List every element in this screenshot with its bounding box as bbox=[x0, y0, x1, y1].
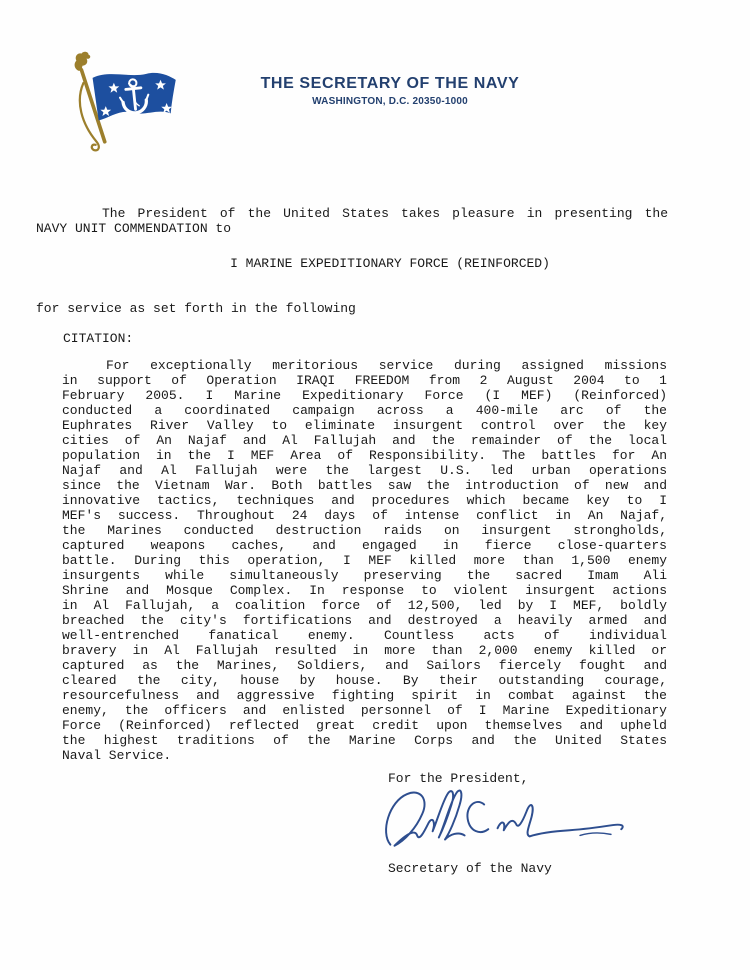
text-line: resourcefulness and aggressive fighting … bbox=[62, 688, 667, 703]
text-line: NAVY UNIT COMMENDATION to bbox=[36, 221, 668, 236]
text-line: Euphrates River Valley to eliminate insu… bbox=[62, 418, 667, 433]
text-line: cleared the city, house by house. By the… bbox=[62, 673, 667, 688]
text-line: For exceptionally meritorious service du… bbox=[62, 358, 667, 373]
text-line: in support of Operation IRAQI FREEDOM fr… bbox=[62, 373, 667, 388]
letterhead: THE SECRETARY OF THE NAVY WASHINGTON, D.… bbox=[210, 74, 570, 107]
text-line: cities of An Najaf and Al Fallujah and t… bbox=[62, 433, 667, 448]
text-line: Naval Service. bbox=[62, 748, 667, 763]
text-line: captured weapons caches, and engaged in … bbox=[62, 538, 667, 553]
letterhead-address: WASHINGTON, D.C. 20350-1000 bbox=[210, 96, 570, 107]
text-line: innovative tactics, techniques and proce… bbox=[62, 493, 667, 508]
text-line: MEF's success. Throughout 24 days of int… bbox=[62, 508, 667, 523]
secretary-of-the-navy-flag-icon bbox=[52, 46, 194, 194]
text-line: breached the city's fortifications and d… bbox=[62, 613, 667, 628]
citation-label: CITATION: bbox=[63, 331, 133, 346]
text-line: population in the I MEF Area of Responsi… bbox=[62, 448, 667, 463]
text-line: since the Vietnam War. Both battles saw … bbox=[62, 478, 667, 493]
signer-title: Secretary of the Navy bbox=[388, 861, 552, 876]
text-line: insurgents while simultaneously preservi… bbox=[62, 568, 667, 583]
citation-paragraph: For exceptionally meritorious service du… bbox=[62, 358, 667, 763]
commendation-letter: THE SECRETARY OF THE NAVY WASHINGTON, D.… bbox=[0, 0, 750, 970]
text-line: Force (Reinforced) reflected great credi… bbox=[62, 718, 667, 733]
letterhead-title: THE SECRETARY OF THE NAVY bbox=[210, 74, 570, 93]
text-line: captured as the Marines, Soldiers, and S… bbox=[62, 658, 667, 673]
text-line: battle. During this operation, I MEF kil… bbox=[62, 553, 667, 568]
text-line: well-entrenched fanatical enemy. Countle… bbox=[62, 628, 667, 643]
signature-icon bbox=[378, 784, 646, 860]
recipient-line: I MARINE EXPEDITIONARY FORCE (REINFORCED… bbox=[130, 256, 650, 271]
text-line: the highest traditions of the Marine Cor… bbox=[62, 733, 667, 748]
text-line: Najaf and Al Fallujah were the largest U… bbox=[62, 463, 667, 478]
text-line: February 2005. I Marine Expeditionary Fo… bbox=[62, 388, 667, 403]
text-line: bravery in Al Fallujah resulted in more … bbox=[62, 643, 667, 658]
opening-paragraph: The President of the United States takes… bbox=[36, 206, 668, 236]
text-line: the Marines conducted destruction raids … bbox=[62, 523, 667, 538]
text-line: Shrine and Mosque Complex. In response t… bbox=[62, 583, 667, 598]
service-line: for service as set forth in the followin… bbox=[36, 301, 356, 316]
text-line: in Al Fallujah, a coalition force of 12,… bbox=[62, 598, 667, 613]
text-line: The President of the United States takes… bbox=[36, 206, 668, 221]
text-line: enemy, the officers and enlisted personn… bbox=[62, 703, 667, 718]
text-line: conducted a coordinated campaign across … bbox=[62, 403, 667, 418]
